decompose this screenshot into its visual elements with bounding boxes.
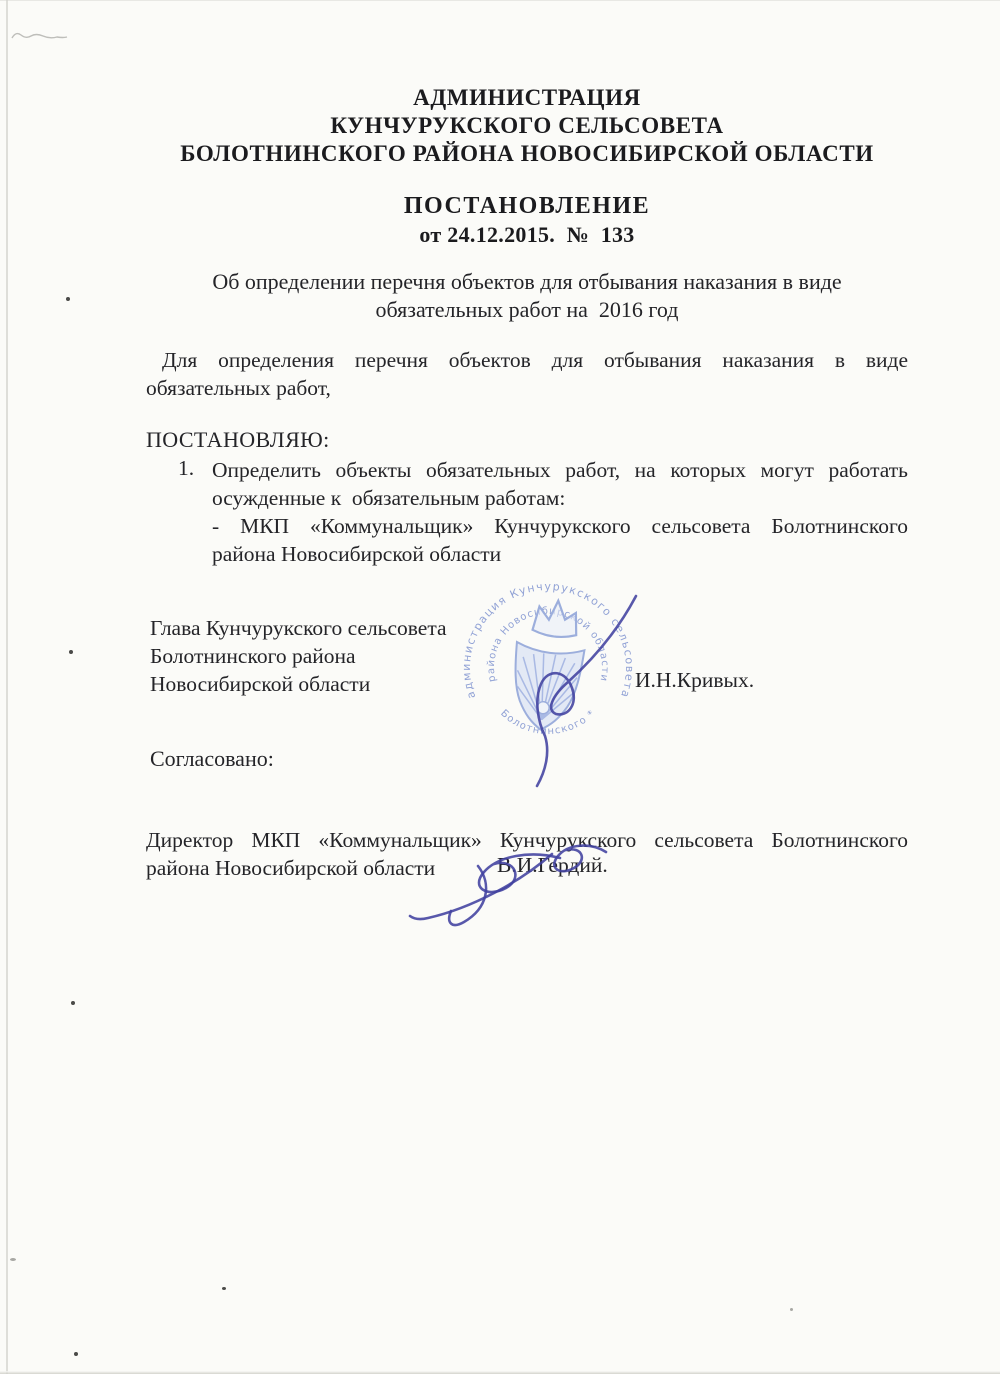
document-page: АДМИНИСТРАЦИЯ КУНЧУРУКСКОГО СЕЛЬСОВЕТА Б… [0, 0, 1000, 1374]
scan-speck [74, 1352, 78, 1356]
resolve-label: ПОСТАНОВЛЯЮ: [146, 427, 330, 453]
head-signature [440, 560, 660, 800]
scan-speck [69, 650, 73, 654]
director-signature [395, 835, 625, 950]
item-line: Определить объекты обязательных работ, н… [212, 456, 908, 484]
position-line: Болотнинского района [150, 642, 447, 670]
letterhead-line: БОЛОТНИНСКОГО РАЙОНА НОВОСИБИРСКОЙ ОБЛАС… [56, 140, 998, 168]
letterhead: АДМИНИСТРАЦИЯ КУНЧУРУКСКОГО СЕЛЬСОВЕТА Б… [56, 84, 998, 168]
position-line: Глава Кунчурукского сельсовета [150, 614, 447, 642]
document-type-title: ПОСТАНОВЛЕНИЕ [56, 193, 998, 220]
scan-speck [222, 1287, 226, 1290]
preamble-line: Для определения перечня объектов для отб… [146, 346, 908, 374]
preamble-paragraph: Для определения перечня объектов для отб… [146, 346, 908, 402]
subject-line: обязательных работ на 2016 год [56, 296, 998, 324]
document-subject: Об определении перечня объектов для отбы… [56, 268, 998, 324]
document-date-number: от 24.12.2015. № 133 [56, 222, 998, 248]
list-item-number: 1. [178, 456, 194, 481]
item-line: - МКП «Коммунальщик» Кунчурукского сельс… [212, 512, 908, 540]
signer-position: Глава Кунчурукского сельсовета Болотнинс… [150, 614, 447, 698]
list-item-text: Определить объекты обязательных работ, н… [212, 456, 908, 568]
scan-edge-top [0, 0, 1000, 1]
pencil-mark [8, 28, 72, 48]
letterhead-line: АДМИНИСТРАЦИЯ [56, 84, 998, 112]
approval-label: Согласовано: [150, 746, 274, 772]
letterhead-line: КУНЧУРУКСКОГО СЕЛЬСОВЕТА [56, 112, 998, 140]
subject-line: Об определении перечня объектов для отбы… [56, 268, 998, 296]
position-line: Новосибирской области [150, 670, 447, 698]
scan-speck [10, 1258, 16, 1261]
scan-edge-left [6, 0, 8, 1374]
scan-speck [790, 1308, 793, 1311]
item-line: осужденные к обязательным работам: [212, 484, 908, 512]
scan-speck [71, 1001, 75, 1005]
preamble-line: обязательных работ, [146, 374, 908, 402]
